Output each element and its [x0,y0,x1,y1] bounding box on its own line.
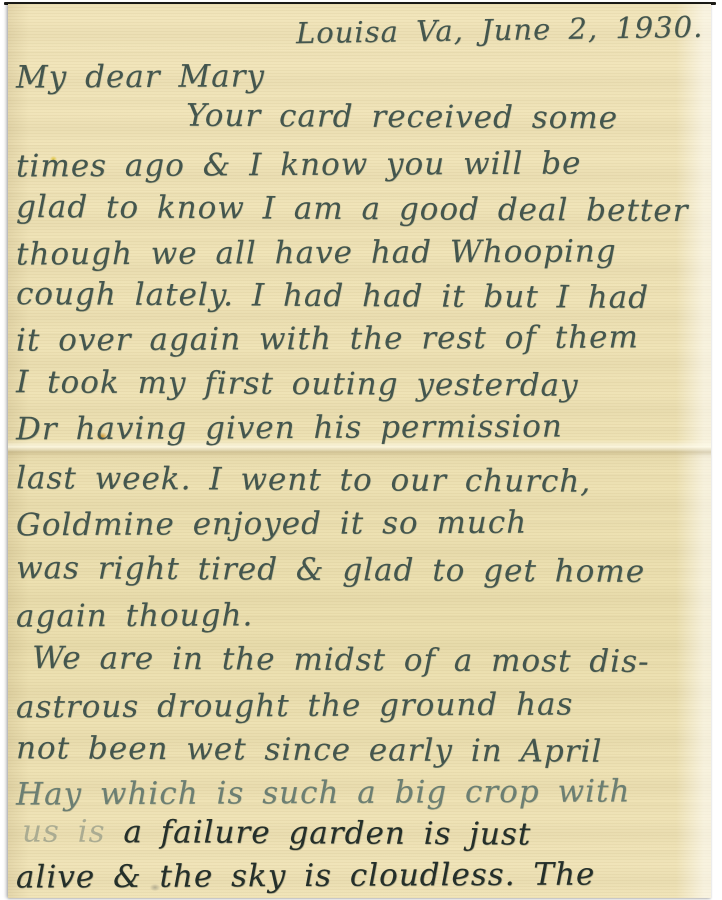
letter-line: cough lately. I had had it but I had [16,279,649,314]
letter-text-segment: though we all have had Whooping [16,233,617,272]
letter-text-segment: alive & the sky is cloudless. The [16,856,596,895]
letter-text-segment: glad to know I am a good deal better [16,189,689,229]
letter-line: We are in the midst of a most dis- [32,643,650,678]
letter-text-segment: Dr having given his permission [16,409,563,448]
letter-line: Hay which is such a big crop with [16,776,631,810]
letter-line: though we all have had Whooping [16,236,617,270]
letter-line: not been wet since early in April [16,733,603,768]
scan-background: Louisa Va, June 2, 1930.My dear MaryYour… [0,0,722,900]
letter-line: again though. [16,600,253,632]
letter-line: Dr having given his permission [16,412,563,446]
letter-text-segment: cough lately. I had had it but I had [16,276,649,316]
letter-text-segment: astrous drought the ground has [16,687,574,726]
letter-text-segment: was right tired & glad to get home [16,550,645,590]
letter-text-segment: Hay which is such a big crop with [16,773,631,812]
letter-text-segment: times ago & I know you will be [16,146,582,185]
letter-line: astrous drought the ground has [16,690,574,724]
letter-text-segment: Your card received some [186,98,618,137]
letter-text-segment: We are in the midst of a most dis- [32,640,650,680]
letter-line: glad to know I am a good deal better [16,192,689,227]
letter-line: alive & the sky is cloudless. The [16,859,596,893]
letter-dateline: Louisa Va, June 2, 1930. [295,13,703,48]
letter-body: Louisa Va, June 2, 1930.My dear MaryYour… [8,4,711,898]
letter-line: was right tired & glad to get home [16,553,645,588]
letter-line: Your card received some [186,101,618,135]
letter-text-segment: My dear Mary [16,58,265,95]
letter-text-segment: again though. [16,597,253,634]
letter-text-segment: a failure garden is just [123,814,531,852]
letter-line: last week. I went to our church, [16,463,591,498]
letter-text-segment: last week. I went to our church, [16,460,591,500]
letter-text-segment: I took my first outing yesterday [16,364,579,403]
letter-text-segment: Louisa Va, June 2, 1930. [295,10,703,50]
letter-line: it over again with the rest of them [16,322,639,356]
letter-text-segment: us is [22,813,124,850]
letter-text-segment: Goldmine enjoyed it so much [16,505,527,544]
letter-line: us is a failure garden is just [22,816,531,850]
letter-text-segment: it over again with the rest of them [16,319,639,358]
letter-salutation: My dear Mary [16,61,265,93]
letter-line: times ago & I know you will be [16,149,582,183]
letter-line: Goldmine enjoyed it so much [16,508,527,542]
letter-text-segment: not been wet since early in April [16,730,603,770]
letter-line: I took my first outing yesterday [16,367,579,401]
